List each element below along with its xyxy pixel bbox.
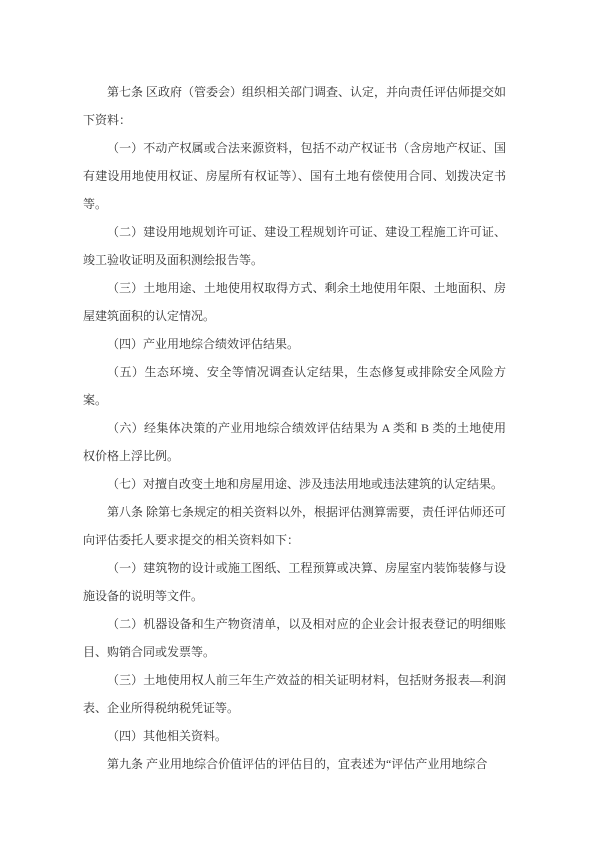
article-7-clause: 第七条 区政府（管委会）组织相关部门调查、认定，并向责任评估师提交如下资料： <box>83 78 506 134</box>
article-8-item-2: （二）机器设备和生产物资清单，以及相对应的企业会计报表登记的明细账目、购销合同或… <box>83 610 506 666</box>
article-8-clause: 第八条 除第七条规定的相关资料以外，根据评估测算需要，责任评估师还可向评估委托人… <box>83 498 506 554</box>
article-8-item-3: （三）土地使用权人前三年生产效益的相关证明材料，包括财务报表—利润表、企业所得税… <box>83 666 506 722</box>
article-8-item-4: （四）其他相关资料。 <box>83 722 506 750</box>
article-7-item-4: （四）产业用地综合绩效评估结果。 <box>83 330 506 358</box>
article-8-item-1: （一）建筑物的设计或施工图纸、工程预算或决算、房屋室内装饰装修与设施设备的说明等… <box>83 554 506 610</box>
article-7-item-6: （六）经集体决策的产业用地综合绩效评估结果为 A 类和 B 类的土地使用权价格上… <box>83 414 506 470</box>
article-7-item-5: （五）生态环境、安全等情况调查认定结果，生态修复或排除安全风险方案。 <box>83 358 506 414</box>
document-text-block: 第七条 区政府（管委会）组织相关部门调查、认定，并向责任评估师提交如下资料： （… <box>83 78 506 778</box>
article-7-item-1: （一）不动产权属或合法来源资料，包括不动产权证书（含房地产权证、国有建设用地使用… <box>83 134 506 218</box>
article-9-clause: 第九条 产业用地综合价值评估的评估目的，宜表述为“评估产业用地综合 <box>83 750 506 778</box>
article-7-item-2: （二）建设用地规划许可证、建设工程规划许可证、建设工程施工许可证、竣工验收证明及… <box>83 218 506 274</box>
article-7-item-7: （七）对擅自改变土地和房屋用途、涉及违法用地或违法建筑的认定结果。 <box>83 470 506 498</box>
document-page: 第七条 区政府（管委会）组织相关部门调查、认定，并向责任评估师提交如下资料： （… <box>0 0 595 841</box>
article-7-item-3: （三）土地用途、土地使用权取得方式、剩余土地使用年限、土地面积、房屋建筑面积的认… <box>83 274 506 330</box>
